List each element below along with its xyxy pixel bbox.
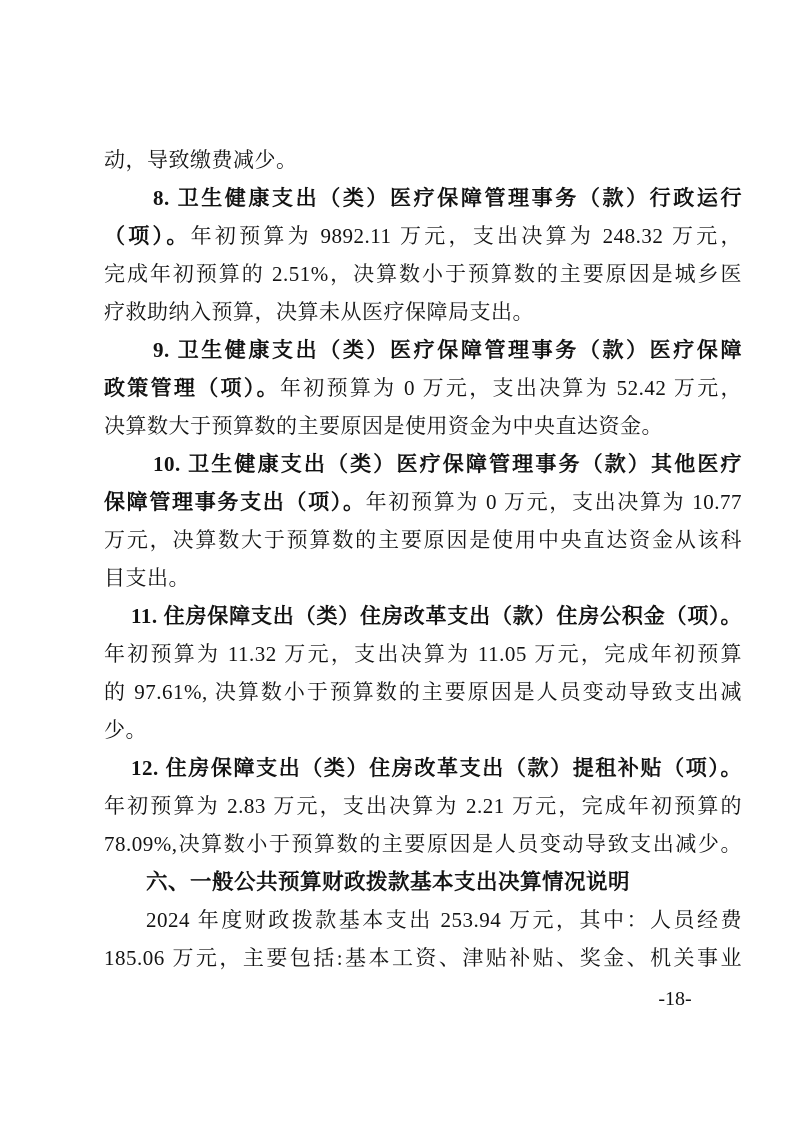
line-bold-text: 10. 卫生健康支出（类）医疗保障管理事务（款）其他医疗 xyxy=(153,452,742,476)
line-text: 完成年初预算的 2.51%，决算数小于预算数的主要原因是城乡医 xyxy=(104,262,742,286)
text-line: 185.06 万元，主要包括:基本工资、津贴补贴、奖金、机关事业 xyxy=(104,939,742,977)
text-line-item-12-heading: 12. 住房保障支出（类）住房改革支出（款）提租补贴（项）。 xyxy=(104,749,742,787)
text-line: 78.09%,决算数小于预算数的主要原因是人员变动导致支出减少。 xyxy=(104,825,742,863)
text-line: 政策管理（项）。年初预算为 0 万元，支出决算为 52.42 万元， xyxy=(104,369,742,407)
line-bold-text: （项）。 xyxy=(104,224,191,248)
text-line-item-10-heading: 10. 卫生健康支出（类）医疗保障管理事务（款）其他医疗 xyxy=(104,445,742,483)
text-line: 2024 年度财政拨款基本支出 253.94 万元，其中：人员经费 xyxy=(104,901,742,939)
text-line: 目支出。 xyxy=(104,559,742,597)
text-block: 动，导致缴费减少。 8. 卫生健康支出（类）医疗保障管理事务（款）行政运行 （项… xyxy=(104,141,742,977)
text-line-item-11-heading: 11. 住房保障支出（类）住房改革支出（款）住房公积金（项）。 xyxy=(104,597,742,635)
text-line-item-8-heading: 8. 卫生健康支出（类）医疗保障管理事务（款）行政运行 xyxy=(104,179,742,217)
text-line: 保障管理事务支出（项）。年初预算为 0 万元，支出决算为 10.77 xyxy=(104,483,742,521)
page-number: -18- xyxy=(648,985,702,1013)
line-text: 年初预算为 0 万元，支出决算为 10.77 xyxy=(366,490,742,514)
text-line: 完成年初预算的 2.51%，决算数小于预算数的主要原因是城乡医 xyxy=(104,255,742,293)
section-heading-text: 六、一般公共预算财政拨款基本支出决算情况说明 xyxy=(146,870,630,894)
line-text: 78.09%,决算数小于预算数的主要原因是人员变动导致支出减少。 xyxy=(104,832,742,856)
line-text: 2024 年度财政拨款基本支出 253.94 万元，其中：人员经费 xyxy=(146,908,742,932)
text-line: （项）。年初预算为 9892.11 万元，支出决算为 248.32 万元， xyxy=(104,217,742,255)
line-bold-text: 9. 卫生健康支出（类）医疗保障管理事务（款）医疗保障 xyxy=(153,338,742,362)
line-text: 的 97.61%, 决算数小于预算数的主要原因是人员变动导致支出减 xyxy=(104,680,742,704)
text-line: 的 97.61%, 决算数小于预算数的主要原因是人员变动导致支出减 xyxy=(104,673,742,711)
text-line: 少。 xyxy=(104,711,742,749)
text-line: 万元，决算数大于预算数的主要原因是使用中央直达资金从该科 xyxy=(104,521,742,559)
line-text: 年初预算为 0 万元，支出决算为 52.42 万元， xyxy=(280,376,742,400)
line-text: 决算数大于预算数的主要原因是使用资金为中央直达资金。 xyxy=(104,414,663,438)
line-text: 万元，决算数大于预算数的主要原因是使用中央直达资金从该科 xyxy=(104,528,742,552)
text-line: 年初预算为 2.83 万元，支出决算为 2.21 万元，完成年初预算的 xyxy=(104,787,742,825)
text-line-item-9-heading: 9. 卫生健康支出（类）医疗保障管理事务（款）医疗保障 xyxy=(104,331,742,369)
text-line: 疗救助纳入预算，决算未从医疗保障局支出。 xyxy=(104,293,742,331)
section-heading: 六、一般公共预算财政拨款基本支出决算情况说明 xyxy=(104,863,742,901)
line-text: 年初预算为 9892.11 万元，支出决算为 248.32 万元， xyxy=(191,224,742,248)
line-text: 少。 xyxy=(104,718,147,742)
line-text: 目支出。 xyxy=(104,566,190,590)
line-text: 动，导致缴费减少。 xyxy=(104,148,298,172)
text-line: 动，导致缴费减少。 xyxy=(104,141,742,179)
document-page: 动，导致缴费减少。 8. 卫生健康支出（类）医疗保障管理事务（款）行政运行 （项… xyxy=(0,0,793,1122)
line-text: 185.06 万元，主要包括:基本工资、津贴补贴、奖金、机关事业 xyxy=(104,946,742,970)
line-bold-text: 8. 卫生健康支出（类）医疗保障管理事务（款）行政运行 xyxy=(153,186,742,210)
text-line: 决算数大于预算数的主要原因是使用资金为中央直达资金。 xyxy=(104,407,742,445)
line-text: 年初预算为 11.32 万元，支出决算为 11.05 万元，完成年初预算 xyxy=(104,642,742,666)
line-text: 疗救助纳入预算，决算未从医疗保障局支出。 xyxy=(104,300,534,324)
text-line: 年初预算为 11.32 万元，支出决算为 11.05 万元，完成年初预算 xyxy=(104,635,742,673)
line-bold-text: 11. 住房保障支出（类）住房改革支出（款）住房公积金（项）。 xyxy=(131,604,742,628)
line-bold-text: 12. 住房保障支出（类）住房改革支出（款）提租补贴（项）。 xyxy=(131,756,742,780)
line-text: 年初预算为 2.83 万元，支出决算为 2.21 万元，完成年初预算的 xyxy=(104,794,742,818)
line-bold-text: 政策管理（项）。 xyxy=(104,376,280,400)
line-bold-text: 保障管理事务支出（项）。 xyxy=(104,490,366,514)
